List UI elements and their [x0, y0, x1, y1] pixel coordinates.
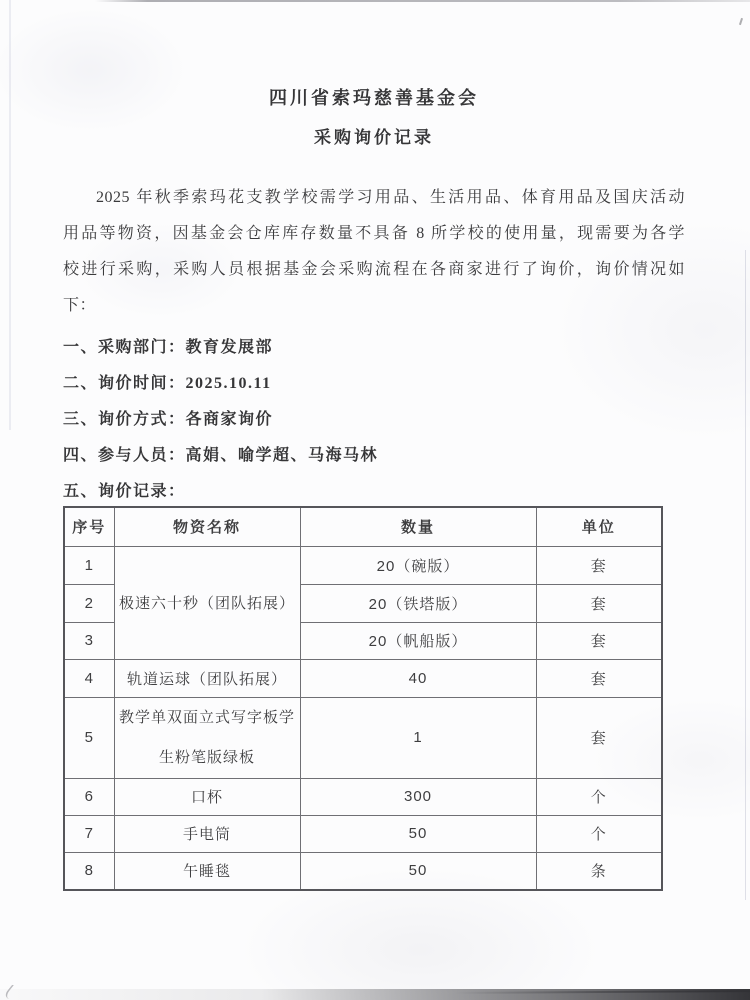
- document-subtitle: 采购询价记录: [63, 126, 685, 150]
- cell-qty: 20（帆船版）: [300, 622, 536, 659]
- cell-item-name: 口杯: [114, 778, 300, 815]
- cell-unit: 套: [536, 546, 662, 584]
- cell-unit: 套: [536, 697, 662, 778]
- cell-no: 3: [64, 622, 114, 659]
- cell-no: 5: [64, 697, 114, 778]
- cell-no: 7: [64, 815, 114, 852]
- cell-item-name: 教学单双面立式写字板学 生粉笔版绿板: [114, 697, 300, 778]
- cell-no: 4: [64, 659, 114, 697]
- header-name: 物资名称: [114, 507, 300, 546]
- intro-paragraph: 2025 年秋季索玛花支教学校需学习用品、生活用品、体育用品及国庆活动 用品等物…: [63, 180, 685, 324]
- document-title: 四川省索玛慈善基金会: [63, 86, 685, 110]
- header-no: 序号: [64, 507, 114, 546]
- document-content: 四川省索玛慈善基金会 采购询价记录 2025 年秋季索玛花支教学校需学习用品、生…: [0, 0, 750, 891]
- cell-unit: 个: [536, 815, 662, 852]
- intro-line-3: 校进行采购，采购人员根据基金会采购流程在各商家进行了询价，询价情况如: [63, 252, 685, 288]
- table-row: 7 手电筒 50 个: [64, 815, 662, 852]
- table-row: 6 口杯 300 个: [64, 778, 662, 815]
- scan-bottom-shadow-band: [0, 989, 750, 1000]
- cell-unit: 套: [536, 622, 662, 659]
- cell-no: 2: [64, 584, 114, 622]
- cell-qty: 50: [300, 852, 536, 890]
- intro-line-4: 下：: [63, 288, 685, 324]
- cell-qty: 300: [300, 778, 536, 815]
- table-header-row: 序号 物资名称 数量 单位: [64, 507, 662, 546]
- list-item-inquiry-record: 五、询价记录：: [63, 482, 685, 502]
- cell-qty: 50: [300, 815, 536, 852]
- intro-line-2: 用品等物资，因基金会仓库库存数量不具备 8 所学校的使用量，现需要为各学: [63, 216, 685, 252]
- cell-unit: 套: [536, 659, 662, 697]
- scan-corner-scribble-mark: [2, 985, 25, 1000]
- intro-line-1: 2025 年秋季索玛花支教学校需学习用品、生活用品、体育用品及国庆活动: [63, 180, 685, 216]
- list-item-inquiry-method: 三、询价方式：各商家询价: [63, 410, 685, 430]
- cell-item-name: 午睡毯: [114, 852, 300, 890]
- table-row: 8 午睡毯 50 条: [64, 852, 662, 890]
- cell-item-name-merged: 极速六十秒（团队拓展）: [114, 546, 300, 659]
- table-row: 5 教学单双面立式写字板学 生粉笔版绿板 1 套: [64, 697, 662, 778]
- numbered-list: 一、采购部门：教育发展部 二、询价时间：2025.10.11 三、询价方式：各商…: [63, 338, 685, 502]
- table-row: 4 轨道运球（团队拓展） 40 套: [64, 659, 662, 697]
- table-row: 1 极速六十秒（团队拓展） 20（碗版） 套: [64, 546, 662, 584]
- cell-item-name: 手电筒: [114, 815, 300, 852]
- scanned-document-page: 四川省索玛慈善基金会 采购询价记录 2025 年秋季索玛花支教学校需学习用品、生…: [0, 0, 750, 1000]
- cell-qty: 1: [300, 697, 536, 778]
- scan-bottom-edge-line: [455, 990, 750, 994]
- header-unit: 单位: [536, 507, 662, 546]
- list-item-department: 一、采购部门：教育发展部: [63, 338, 685, 358]
- cell-qty: 20（碗版）: [300, 546, 536, 584]
- cell-qty: 40: [300, 659, 536, 697]
- inquiry-record-table: 序号 物资名称 数量 单位 1 极速六十秒（团队拓展） 20（碗版） 套 2 2…: [63, 506, 663, 891]
- cell-no: 8: [64, 852, 114, 890]
- cell-no: 1: [64, 546, 114, 584]
- cell-unit: 套: [536, 584, 662, 622]
- list-item-inquiry-date: 二、询价时间：2025.10.11: [63, 374, 685, 394]
- list-item-participants: 四、参与人员：高娟、喻学超、马海马林: [63, 446, 685, 466]
- cell-unit: 个: [536, 778, 662, 815]
- cell-no: 6: [64, 778, 114, 815]
- cell-item-name: 轨道运球（团队拓展）: [114, 659, 300, 697]
- header-qty: 数量: [300, 507, 536, 546]
- cell-unit: 条: [536, 852, 662, 890]
- cell-qty: 20（铁塔版）: [300, 584, 536, 622]
